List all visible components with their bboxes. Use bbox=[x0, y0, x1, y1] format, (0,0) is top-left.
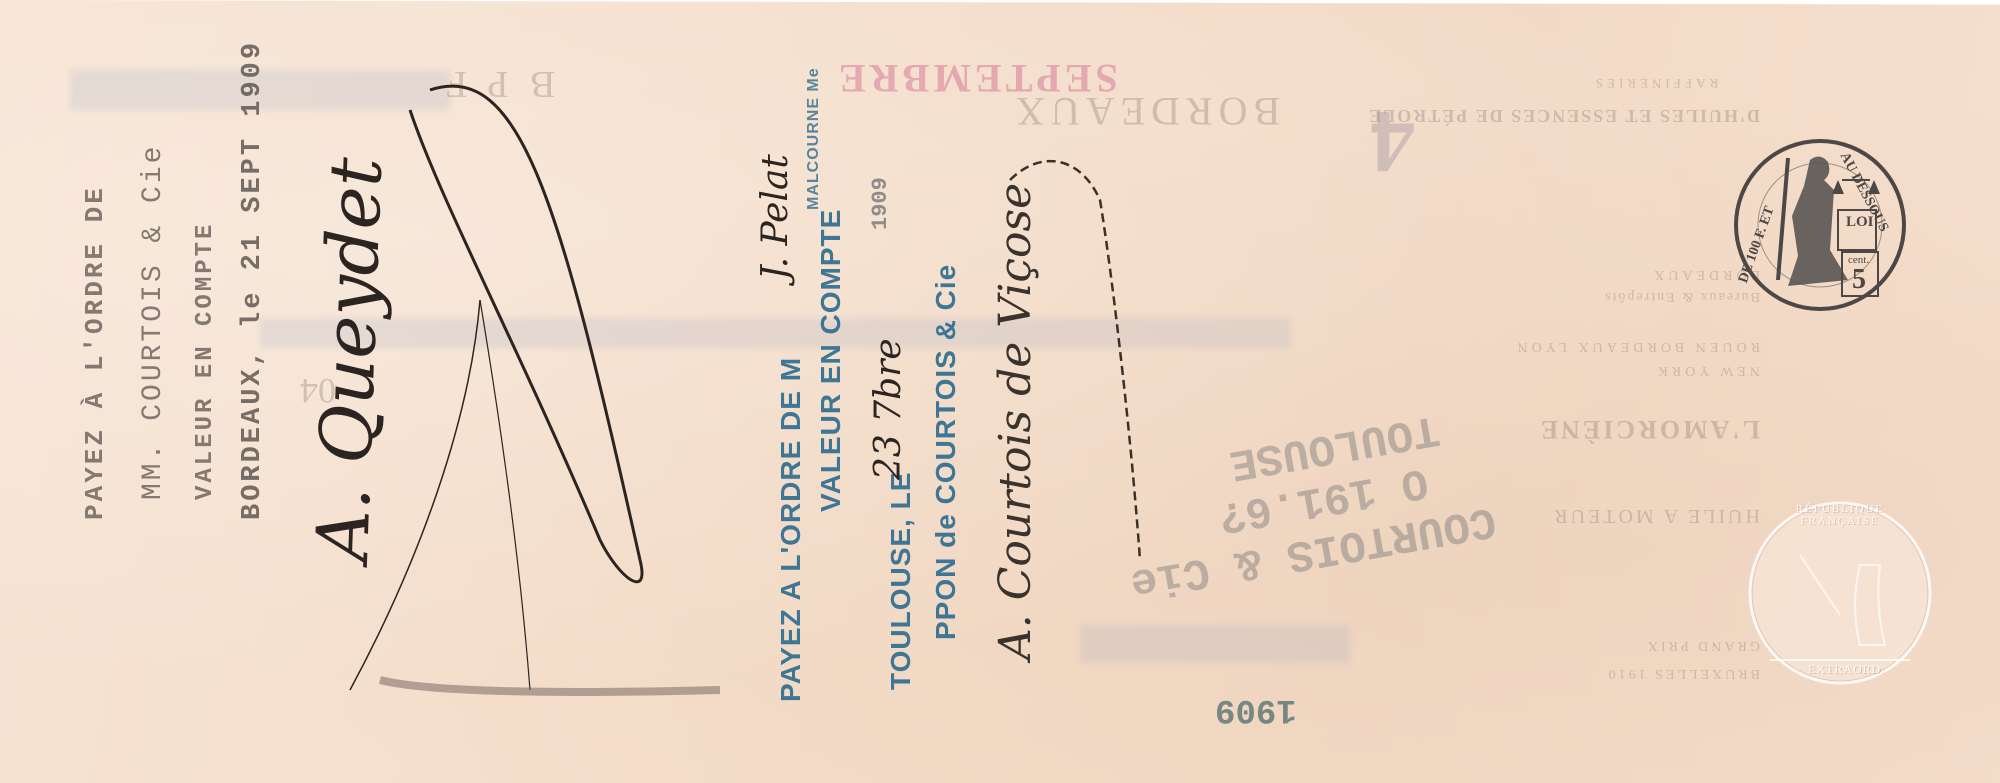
embossed-seal-ring: RÉPUBLIQUE FRANÇAISE bbox=[1760, 503, 1920, 527]
endorsement-toulouse-tag: MALCOURNE Me bbox=[805, 67, 823, 210]
tax-stamp: LOI cent. 5 DE 100 F. ET AU DESSOUS bbox=[1730, 130, 1910, 320]
endorsement-toulouse-city: TOULOUSE, LE bbox=[885, 472, 917, 690]
endorsement-toulouse-payee: J. Pelat bbox=[755, 154, 796, 280]
embossed-seal-bottom: EXTRAORD. bbox=[1808, 662, 1885, 677]
embossed-seal: EXTRAORD. RÉPUBLIQUE FRANÇAISE bbox=[1740, 495, 1940, 690]
endorsement-toulouse-firm: PPON de COURTOIS & Cie bbox=[930, 264, 962, 640]
endorsement-toulouse-line2: VALEUR EN COMPTE bbox=[815, 209, 847, 512]
blue-stamp-bottom: 1909 bbox=[1215, 690, 1297, 728]
endorsement-toulouse-date: 23 7bre bbox=[868, 338, 909, 480]
tax-stamp-value: 5 bbox=[1852, 264, 1866, 296]
endorsement-toulouse-line1: PAYEZ A L'ORDRE DE M bbox=[775, 357, 807, 702]
endorsement-toulouse-signature: A. Courtois de Viçose bbox=[990, 183, 1041, 660]
endorsement-toulouse-year: 1909 bbox=[868, 177, 893, 230]
